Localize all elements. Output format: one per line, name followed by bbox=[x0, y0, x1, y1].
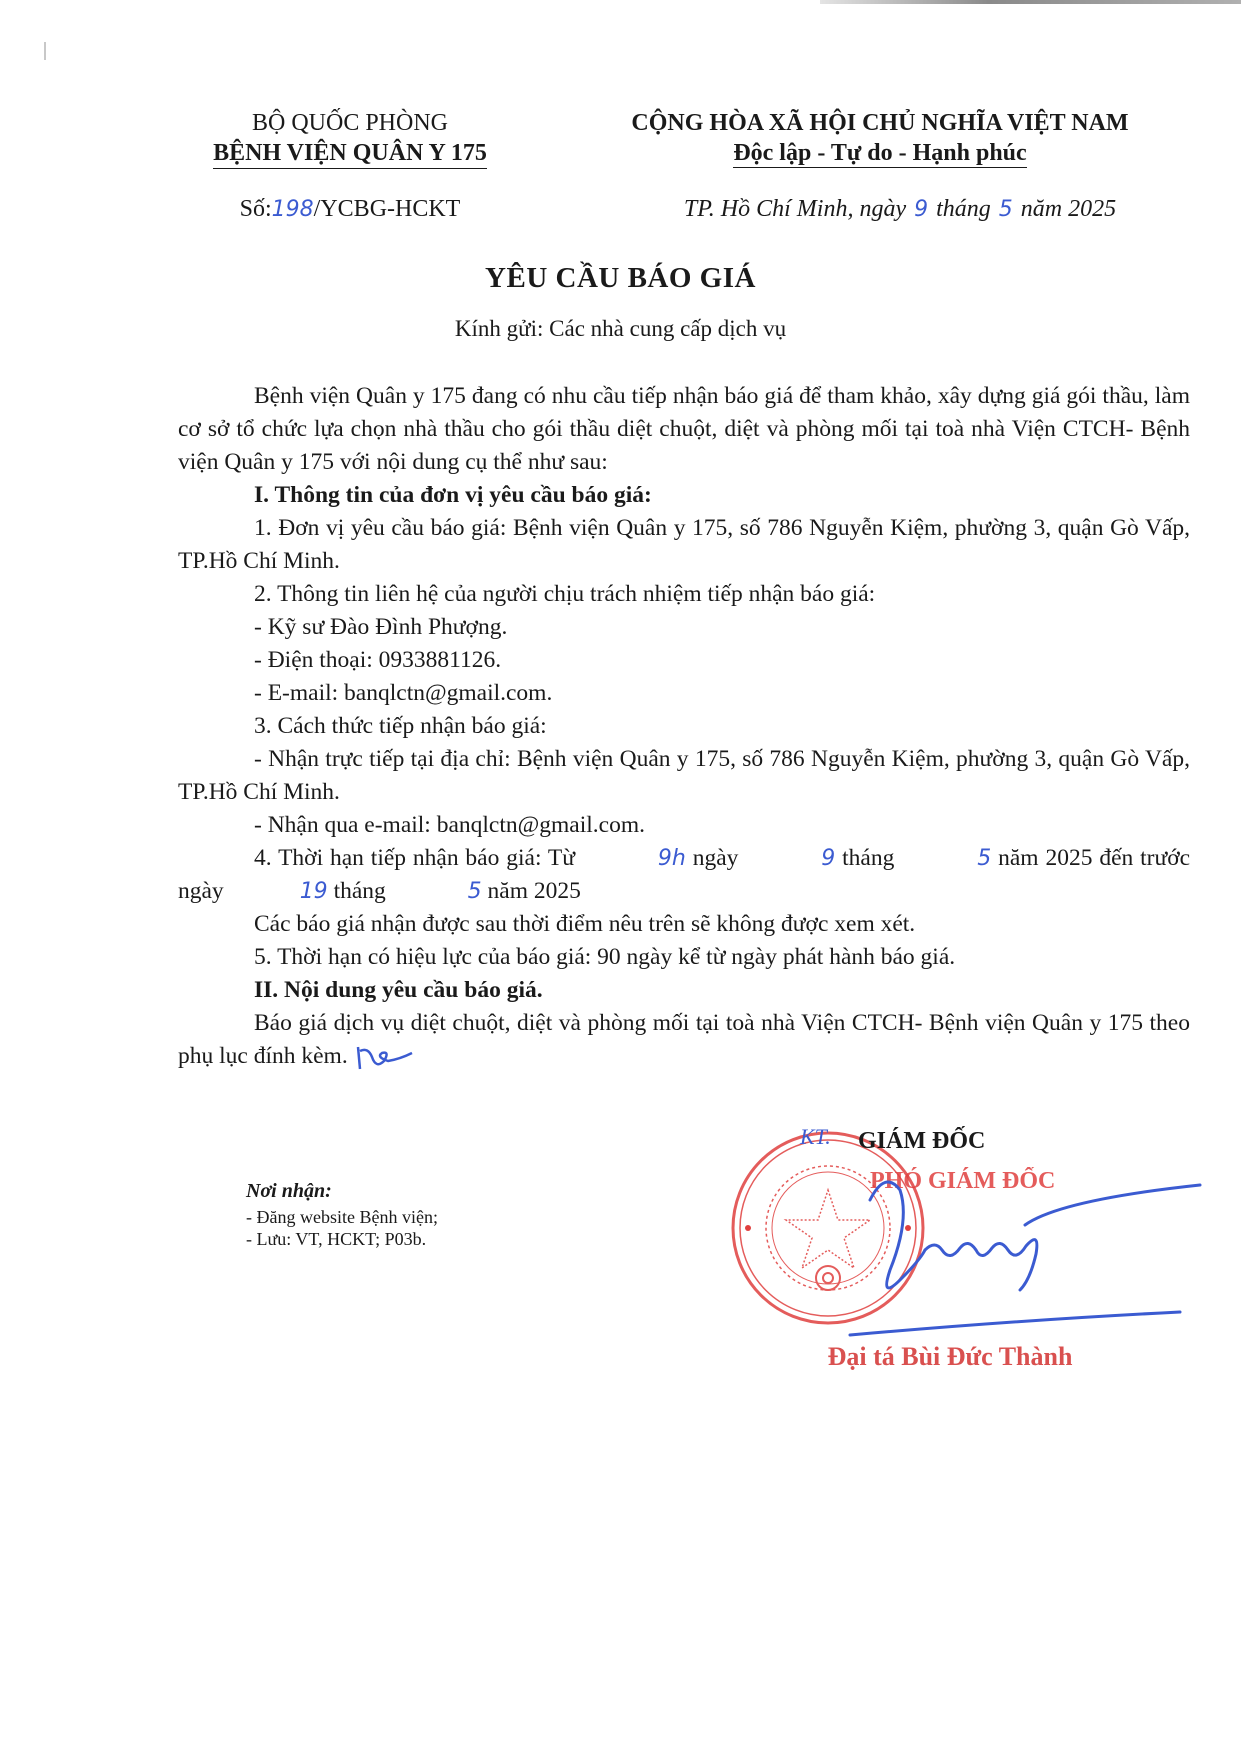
contact-phone: - Điện thoại: 0933881126. bbox=[178, 644, 1190, 677]
handwritten-start-month: 5 bbox=[901, 842, 991, 875]
scan-speck bbox=[44, 42, 46, 60]
section-1-title: I. Thông tin của đơn vị yêu cầu báo giá: bbox=[178, 479, 1190, 512]
hospital-name: BỆNH VIỆN QUÂN Y 175 bbox=[213, 138, 487, 169]
recipient-item: - Đăng website Bệnh viện; bbox=[246, 1206, 646, 1228]
item-2: 2. Thông tin liên hệ của người chịu trác… bbox=[178, 578, 1190, 611]
document-number: Số:198/YCBG-HCKT bbox=[150, 196, 550, 223]
document-body: Bệnh viện Quân y 175 đang có nhu cầu tiế… bbox=[178, 380, 1190, 1073]
recipients-block: Nơi nhận: - Đăng website Bệnh viện; - Lư… bbox=[246, 1180, 646, 1250]
contact-email: - E-mail: banqlctn@gmail.com. bbox=[178, 677, 1190, 710]
section-2-title: II. Nội dung yêu cầu báo giá. bbox=[178, 974, 1190, 1007]
receive-direct: - Nhận trực tiếp tại địa chỉ: Bệnh viện … bbox=[178, 743, 1190, 809]
item-3: 3. Cách thức tiếp nhận báo giá: bbox=[178, 710, 1190, 743]
handwritten-signature-icon bbox=[720, 1130, 1220, 1350]
recipients-heading: Nơi nhận: bbox=[246, 1180, 646, 1202]
national-header: CỘNG HÒA XÃ HỘI CHỦ NGHĨA VIỆT NAM Độc l… bbox=[560, 108, 1200, 168]
handwritten-day: 9 bbox=[912, 197, 930, 222]
handwritten-end-day: 19 bbox=[224, 875, 328, 908]
scan-edge bbox=[820, 0, 1241, 4]
handwritten-number: 198 bbox=[272, 197, 314, 222]
document-title: YÊU CẦU BÁO GIÁ bbox=[0, 262, 1241, 295]
national-motto: Độc lập - Tự do - Hạnh phúc bbox=[733, 140, 1026, 168]
item-4: 4. Thời hạn tiếp nhận báo giá: Từ 9h ngà… bbox=[178, 842, 1190, 908]
item-1: 1. Đơn vị yêu cầu báo giá: Bệnh viện Quâ… bbox=[178, 512, 1190, 578]
item-5: 5. Thời hạn có hiệu lực của báo giá: 90 … bbox=[178, 941, 1190, 974]
receive-email: - Nhận qua e-mail: banqlctn@gmail.com. bbox=[178, 809, 1190, 842]
handwritten-end-month: 5 bbox=[392, 875, 482, 908]
initials-mark-icon bbox=[354, 1043, 416, 1073]
ministry-name: BỘ QUỐC PHÒNG bbox=[150, 108, 550, 138]
section-2-text: Báo giá dịch vụ diệt chuột, diệt và phòn… bbox=[178, 1007, 1190, 1073]
issuer-block: BỘ QUỐC PHÒNG BỆNH VIỆN QUÂN Y 175 bbox=[150, 108, 550, 169]
signer-name: Đại tá Bùi Đức Thành bbox=[780, 1342, 1120, 1372]
document-date: TP. Hồ Chí Minh, ngày 9 tháng 5 năm 2025 bbox=[600, 196, 1200, 223]
contact-name: - Kỹ sư Đào Đình Phượng. bbox=[178, 611, 1190, 644]
handwritten-month: 5 bbox=[997, 197, 1015, 222]
intro-paragraph: Bệnh viện Quân y 175 đang có nhu cầu tiế… bbox=[178, 380, 1190, 479]
recipient-item: - Lưu: VT, HCKT; P03b. bbox=[246, 1228, 646, 1250]
handwritten-start-day: 9 bbox=[745, 842, 835, 875]
handwritten-hour: 9h bbox=[582, 842, 686, 875]
late-note: Các báo giá nhận được sau thời điểm nêu … bbox=[178, 908, 1190, 941]
greeting: Kính gửi: Các nhà cung cấp dịch vụ bbox=[0, 316, 1241, 342]
republic-name: CỘNG HÒA XÃ HỘI CHỦ NGHĨA VIỆT NAM bbox=[560, 108, 1200, 138]
